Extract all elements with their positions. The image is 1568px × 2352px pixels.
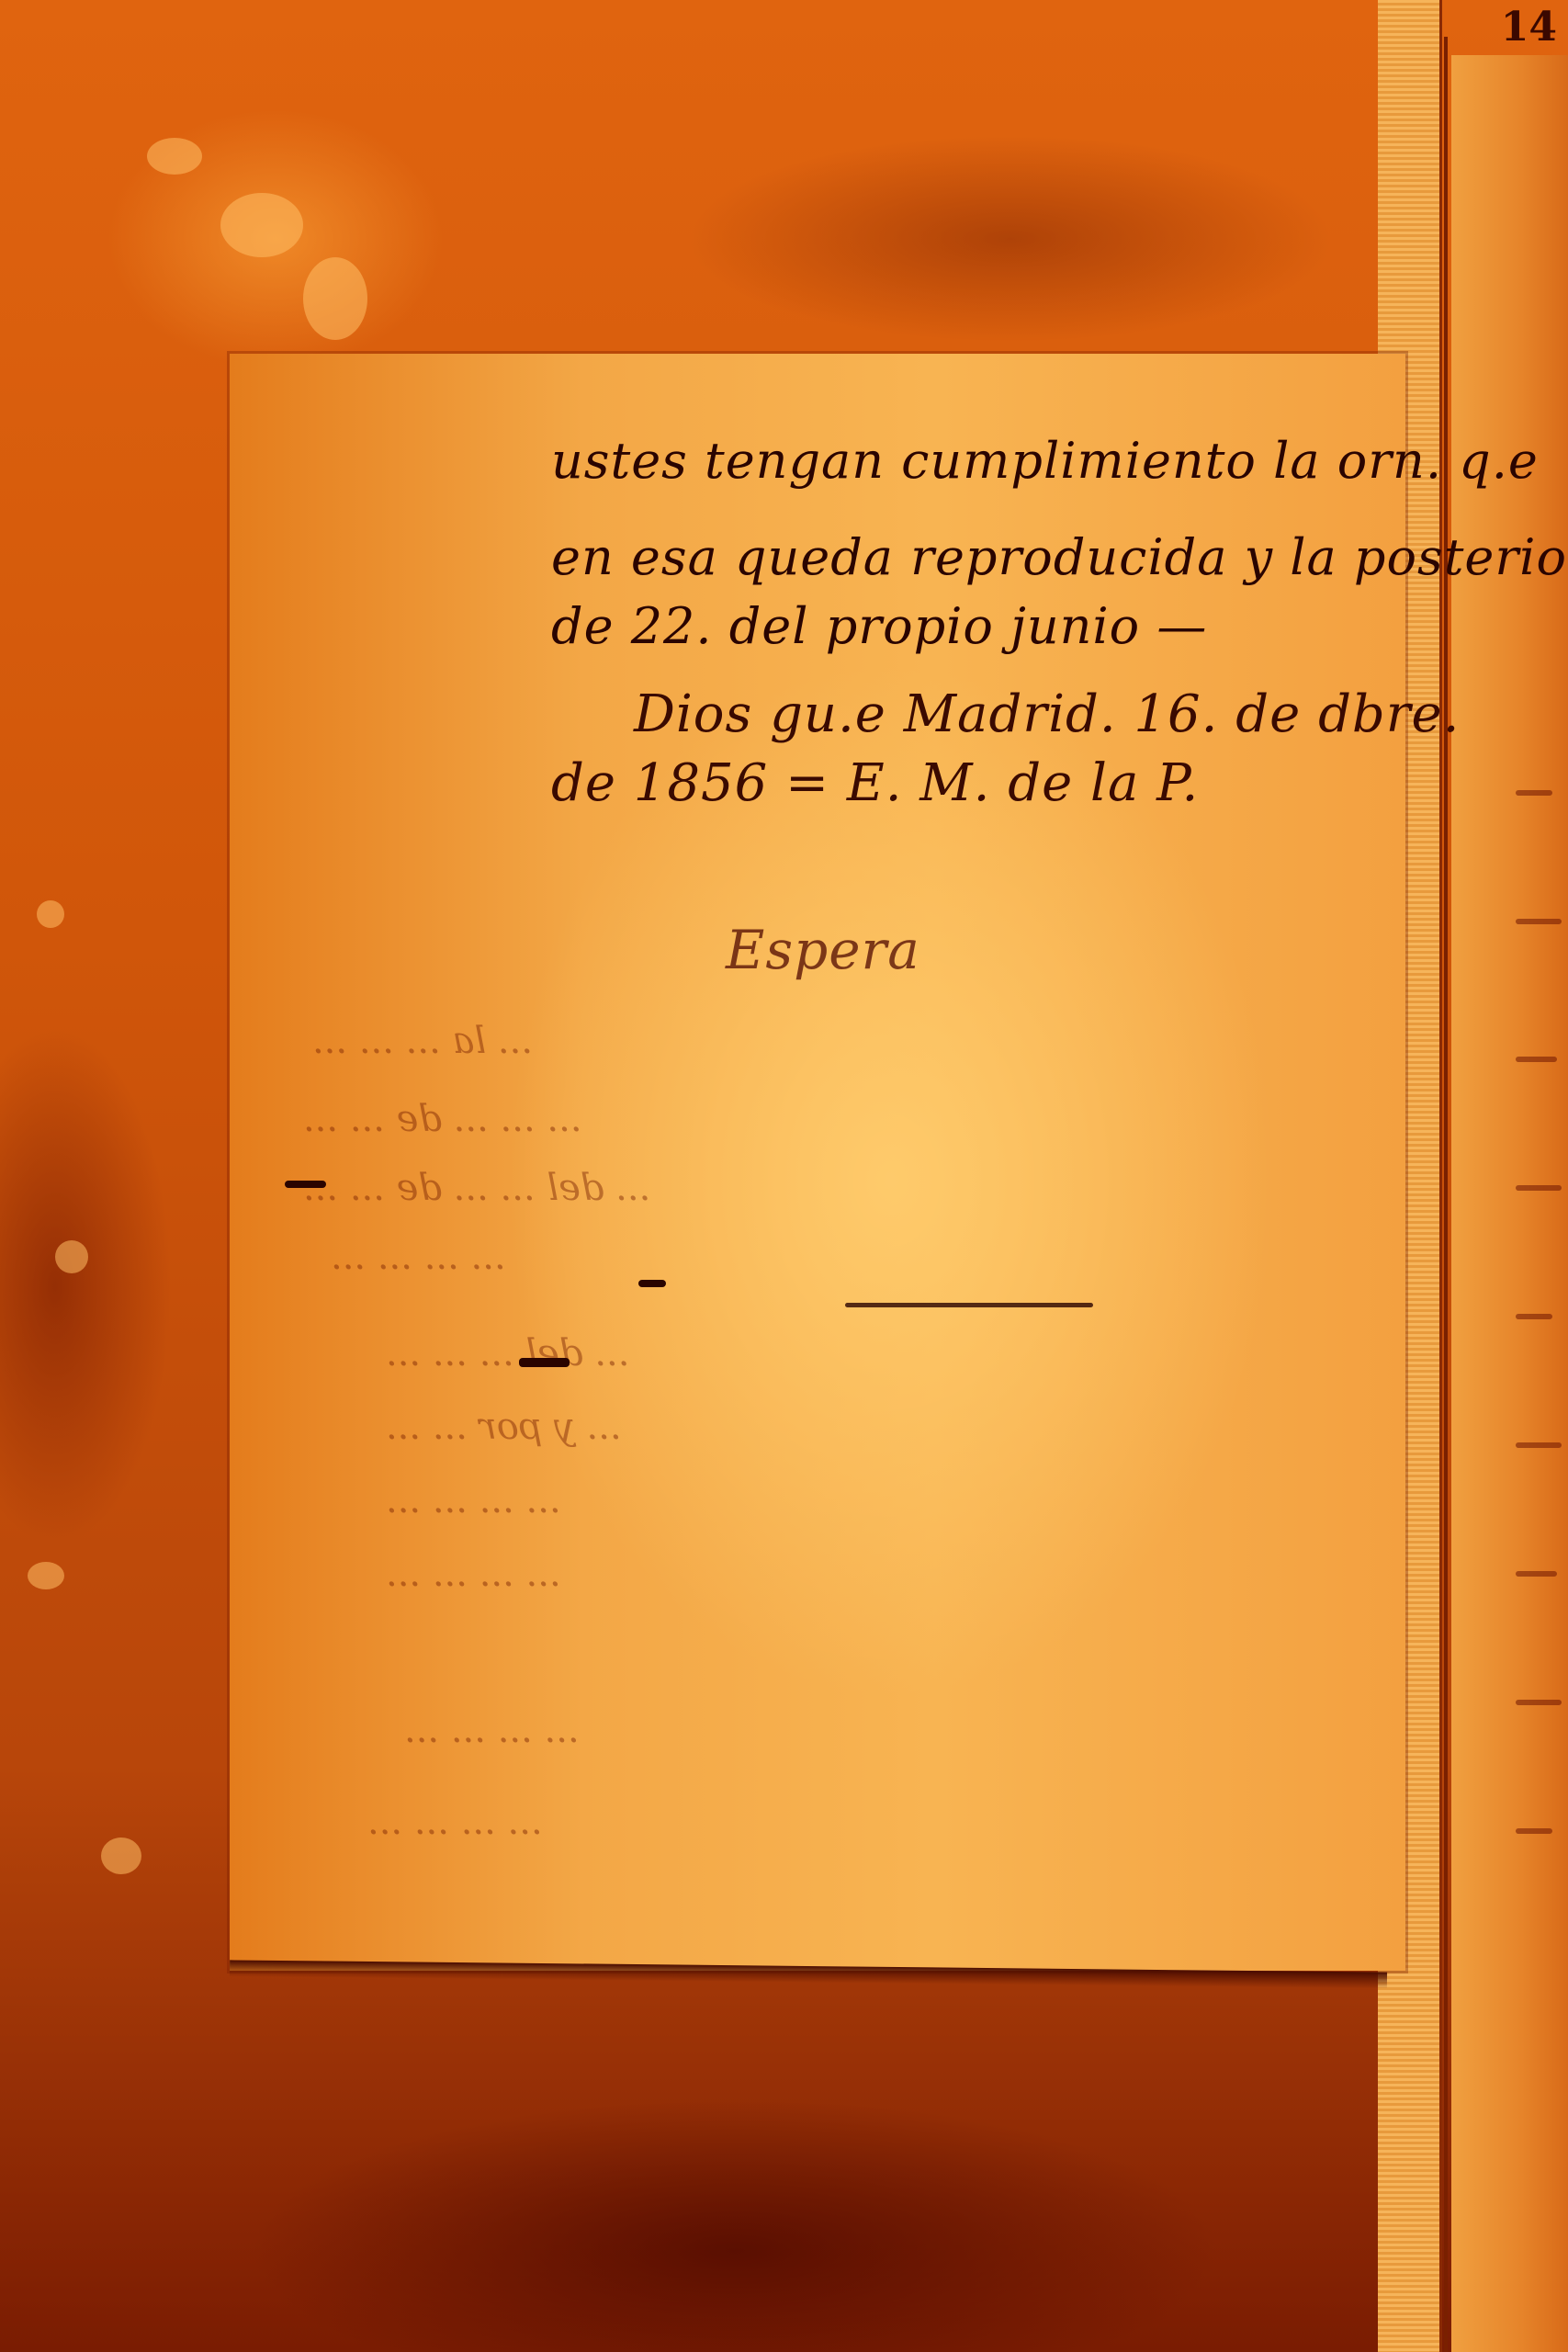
gutter-line — [1444, 37, 1448, 2352]
bleed-through-line: ... ... ... ... — [367, 1801, 543, 1843]
bleed-through-line: ... ... ... de ... ... — [303, 1098, 582, 1140]
adjacent-text-stroke — [1516, 1442, 1562, 1448]
bleed-through-line: ... ... ... ... — [331, 1236, 506, 1278]
bleed-through-line: ... del ... ... ... — [386, 1332, 630, 1374]
section-heading: Espera — [726, 919, 920, 981]
adjacent-text-stroke — [1516, 1057, 1557, 1062]
ink-dash — [638, 1280, 666, 1287]
text-line-1: ustes tengan cumplimiento la orn. q.e — [551, 432, 1539, 490]
adjacent-page — [1451, 55, 1568, 2352]
bleed-through-line: ... y por ... ... — [386, 1406, 622, 1448]
text-line-2: en esa queda reproducida y la posterior — [551, 528, 1568, 586]
adjacent-text-stroke — [1516, 790, 1552, 796]
adjacent-text-stroke — [1516, 1828, 1552, 1834]
bleed-through-line: ... ... ... ... — [386, 1553, 561, 1595]
stain — [37, 900, 64, 928]
bleed-through-line: ... del ... ... de ... ... — [303, 1167, 650, 1209]
page-number: 14 — [1501, 4, 1557, 51]
bleed-through-line: ... ... ... ... — [386, 1479, 561, 1521]
adjacent-text-stroke — [1516, 1571, 1557, 1577]
adjacent-text-stroke — [1516, 919, 1562, 924]
bleed-through-line: ... ... ... ... — [404, 1709, 580, 1751]
adjacent-text-stroke — [1516, 1185, 1562, 1191]
ink-dash — [519, 1358, 570, 1367]
stain — [303, 257, 367, 340]
stain — [147, 138, 202, 175]
stain — [28, 1562, 64, 1589]
adjacent-text-stroke — [1516, 1314, 1552, 1319]
date-signature-line: de 1856 = E. M. de la P. — [551, 753, 1199, 813]
stain — [55, 1240, 88, 1273]
stain — [101, 1837, 141, 1874]
ink-underline — [845, 1303, 1093, 1307]
text-line-3: de 22. del propio junio — — [551, 597, 1207, 655]
closing-line: Dios gu.e Madrid. 16. de dbre. — [634, 684, 1460, 744]
ink-dash — [285, 1181, 326, 1188]
adjacent-text-stroke — [1516, 1700, 1562, 1705]
bleed-through-line: ... la ... ... ... — [312, 1020, 533, 1062]
stain — [220, 193, 303, 257]
